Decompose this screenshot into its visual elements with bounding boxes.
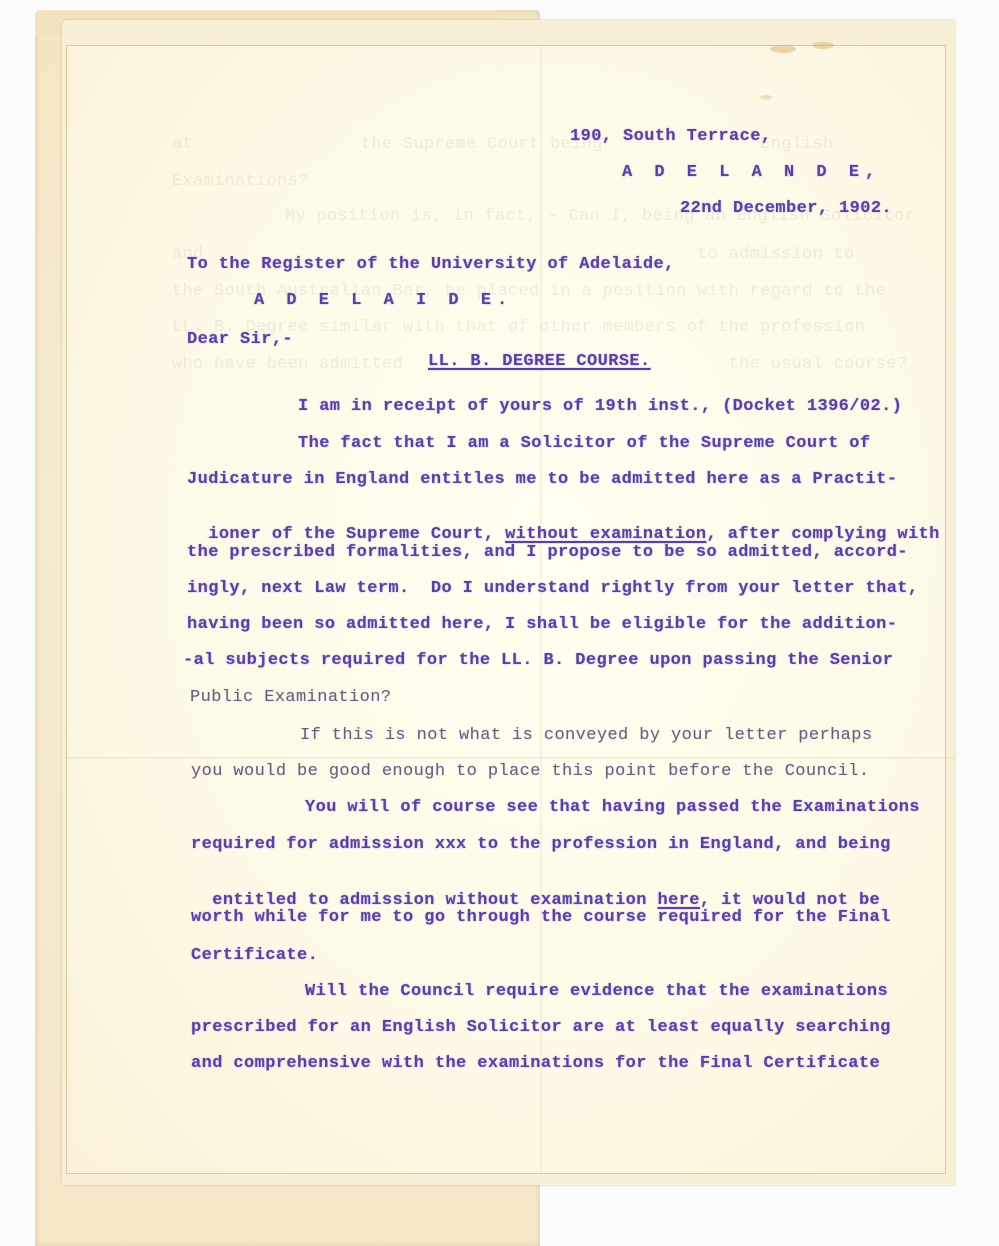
underlined-phrase: without examination (505, 525, 706, 544)
body-line: required for admission xxx to the profes… (191, 835, 891, 854)
body-text: , after complying with (707, 525, 940, 544)
recipient-line: To the Register of the University of Ade… (187, 255, 675, 274)
stain-mark (770, 45, 796, 53)
subject-heading: LL. B. DEGREE COURSE. (428, 352, 651, 371)
body-line: entitled to admission without examinatio… (191, 872, 880, 910)
body-line: Public Examination? (190, 688, 391, 707)
body-line: ingly, next Law term. Do I understand ri… (187, 579, 919, 598)
body-text: ioner of the Supreme Court, (208, 525, 505, 544)
stain-mark (812, 42, 834, 49)
recipient-city: A D E L A I D E. (254, 291, 513, 310)
horizontal-fold-line (66, 757, 955, 759)
body-line: Certificate. (191, 946, 318, 965)
body-line: The fact that I am a Solicitor of the Su… (298, 434, 871, 453)
body-line: I am in receipt of yours of 19th inst., … (298, 397, 902, 416)
sender-city: A D E L A N D E, (622, 163, 881, 182)
body-line: ioner of the Supreme Court, without exam… (187, 506, 940, 544)
body-line: prescribed for an English Solicitor are … (191, 1018, 891, 1037)
body-line: -al subjects required for the LL. B. Deg… (183, 651, 893, 670)
body-line: If this is not what is conveyed by your … (300, 726, 873, 745)
salutation: Dear Sir,- (187, 330, 293, 349)
sender-street: 190, South Terrace, (570, 127, 771, 146)
body-line: Judicature in England entitles me to be … (187, 470, 897, 489)
bleed-through-text: Examinations? (172, 172, 309, 191)
body-line: You will of course see that having passe… (305, 798, 920, 817)
body-line: and comprehensive with the examinations … (191, 1054, 880, 1073)
letter-date: 22nd December, 1902. (680, 199, 892, 218)
body-line: Will the Council require evidence that t… (305, 982, 888, 1001)
body-line: having been so admitted here, I shall be… (187, 615, 897, 634)
body-line: worth while for me to go through the cou… (191, 908, 891, 927)
stain-mark (760, 95, 772, 100)
body-line: you would be good enough to place this p… (191, 762, 870, 781)
body-line: the prescribed formalities, and I propos… (187, 543, 908, 562)
